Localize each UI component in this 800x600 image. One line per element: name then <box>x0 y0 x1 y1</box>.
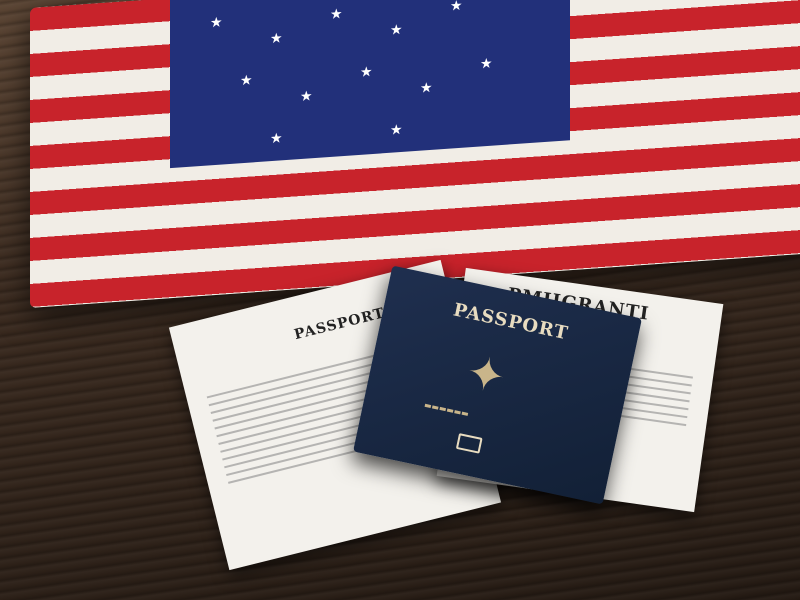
flag-canton: ★ ★ ★ ★ ★ ★ ★ ★ ★ ★ ★ ★ <box>170 0 570 168</box>
star-icon: ★ <box>360 64 373 81</box>
document-title: PASSPORT <box>293 305 387 343</box>
us-flag: ★ ★ ★ ★ ★ ★ ★ ★ ★ ★ ★ ★ <box>30 0 800 308</box>
star-icon: ★ <box>270 30 283 47</box>
star-icon: ★ <box>390 122 403 139</box>
star-icon: ★ <box>390 22 403 39</box>
star-icon: ★ <box>450 0 463 15</box>
star-icon: ★ <box>480 56 493 73</box>
biometric-chip-icon <box>456 433 483 454</box>
star-icon: ★ <box>240 72 253 89</box>
star-icon: ★ <box>300 88 313 105</box>
star-icon: ★ <box>210 15 223 32</box>
star-icon: ★ <box>270 130 283 147</box>
eagle-emblem-icon: ✦ <box>462 344 511 405</box>
star-icon: ★ <box>420 80 433 97</box>
passport-subtitle: ▬▬▬▬▬▬ <box>423 400 469 418</box>
star-icon: ★ <box>330 6 343 23</box>
